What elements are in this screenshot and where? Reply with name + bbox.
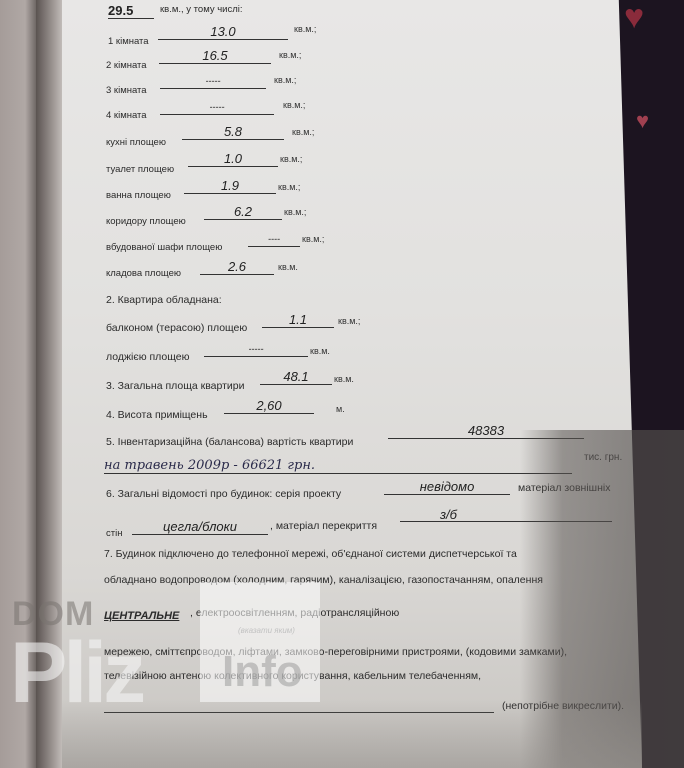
total-area-unit: кв.м.: [334, 374, 354, 384]
living-area-label: кв.м., у тому числі:: [160, 4, 243, 15]
room-1-label: 1 кімната: [108, 36, 149, 47]
watermark-info: Info: [222, 650, 303, 694]
watermark-pliz: Pliz: [10, 630, 142, 716]
walls-prefix: стін: [106, 528, 122, 539]
room-4-label: 4 кімната: [106, 110, 147, 121]
balcony-value: 1.1: [262, 313, 334, 328]
wall-material-value: цегла/блоки: [132, 520, 268, 535]
project-series-value: невідомо: [384, 480, 510, 495]
loggia-label: лоджією площею: [106, 351, 190, 363]
kitchen-value: 5.8: [182, 125, 284, 140]
wall-material-label: матеріал зовнішніх: [518, 482, 610, 494]
storage-label: кладова площею: [106, 268, 181, 279]
room-2-value: 16.5: [159, 49, 271, 64]
balcony-label: балконом (терасою) площею: [106, 322, 247, 334]
floor-material-value: з/б: [400, 508, 612, 522]
inventory-handwritten-note: на травень 2009р - 66621 грн.: [104, 458, 572, 474]
ceiling-height-value: 2,60: [224, 399, 314, 414]
room-1-unit: кв.м.;: [294, 24, 316, 34]
signature-line: [104, 712, 494, 713]
room-4-unit: кв.м.;: [283, 100, 305, 110]
corridor-value: 6.2: [204, 205, 282, 220]
room-3-label: 3 кімната: [106, 85, 147, 96]
total-area-label: 3. Загальна площа квартири: [106, 380, 245, 392]
heart-icon: ♥: [636, 110, 649, 132]
building-info-label: 6. Загальні відомості про будинок: серія…: [106, 488, 341, 500]
wardrobe-label: вбудованої шафи площею: [106, 242, 222, 253]
corridor-label: коридору площею: [106, 216, 186, 227]
room-2-label: 2 кімната: [106, 60, 147, 71]
kitchen-label: кухні площею: [106, 137, 166, 148]
loggia-unit: кв.м.: [310, 346, 330, 356]
section-7-line-4: мережею, сміттєпроводом, ліфтами, замков…: [104, 646, 567, 658]
section-7-line-2: обладнано водопроводом (холодним, гарячи…: [104, 574, 543, 586]
loggia-value: -----: [204, 342, 308, 357]
bathroom-label: ванна площею: [106, 190, 171, 201]
heart-icon: ♥: [624, 0, 644, 34]
section-7-line-6: (непотрібне викреслити).: [502, 700, 624, 712]
heating-type-value: ЦЕНТРАЛЬНЕ: [104, 610, 179, 622]
storage-value: 2.6: [200, 260, 274, 275]
toilet-label: туалет площею: [106, 164, 174, 175]
ceiling-height-label: 4. Висота приміщень: [106, 409, 208, 421]
corridor-unit: кв.м.;: [284, 207, 306, 217]
room-2-unit: кв.м.;: [279, 50, 301, 60]
room-3-unit: кв.м.;: [274, 75, 296, 85]
inventory-unit: тис. грн.: [584, 452, 622, 463]
room-1-value: 13.0: [158, 25, 288, 40]
bathroom-value: 1.9: [184, 179, 276, 194]
section-2-title: 2. Квартира обладнана:: [106, 294, 222, 306]
balcony-unit: кв.м.;: [338, 316, 360, 326]
toilet-unit: кв.м.;: [280, 154, 302, 164]
ceiling-height-unit: м.: [336, 404, 345, 414]
living-area-value: 29.5: [108, 4, 154, 19]
wardrobe-unit: кв.м.;: [302, 234, 324, 244]
toilet-value: 1.0: [188, 152, 278, 167]
kitchen-unit: кв.м.;: [292, 127, 314, 137]
room-3-value: -----: [160, 74, 266, 89]
inventory-value: 48383: [388, 424, 584, 439]
bathroom-unit: кв.м.;: [278, 182, 300, 192]
storage-unit: кв.м.: [278, 262, 298, 272]
room-4-value: -----: [160, 100, 274, 115]
section-7-line-1: 7. Будинок підключено до телефонної мере…: [104, 548, 517, 560]
floor-material-label: , матеріал перекриття: [270, 520, 377, 532]
inventory-value-label: 5. Інвентаризаційна (балансова) вартість…: [106, 436, 353, 448]
total-area-value: 48.1: [260, 370, 332, 385]
wardrobe-value: ----: [248, 232, 300, 247]
